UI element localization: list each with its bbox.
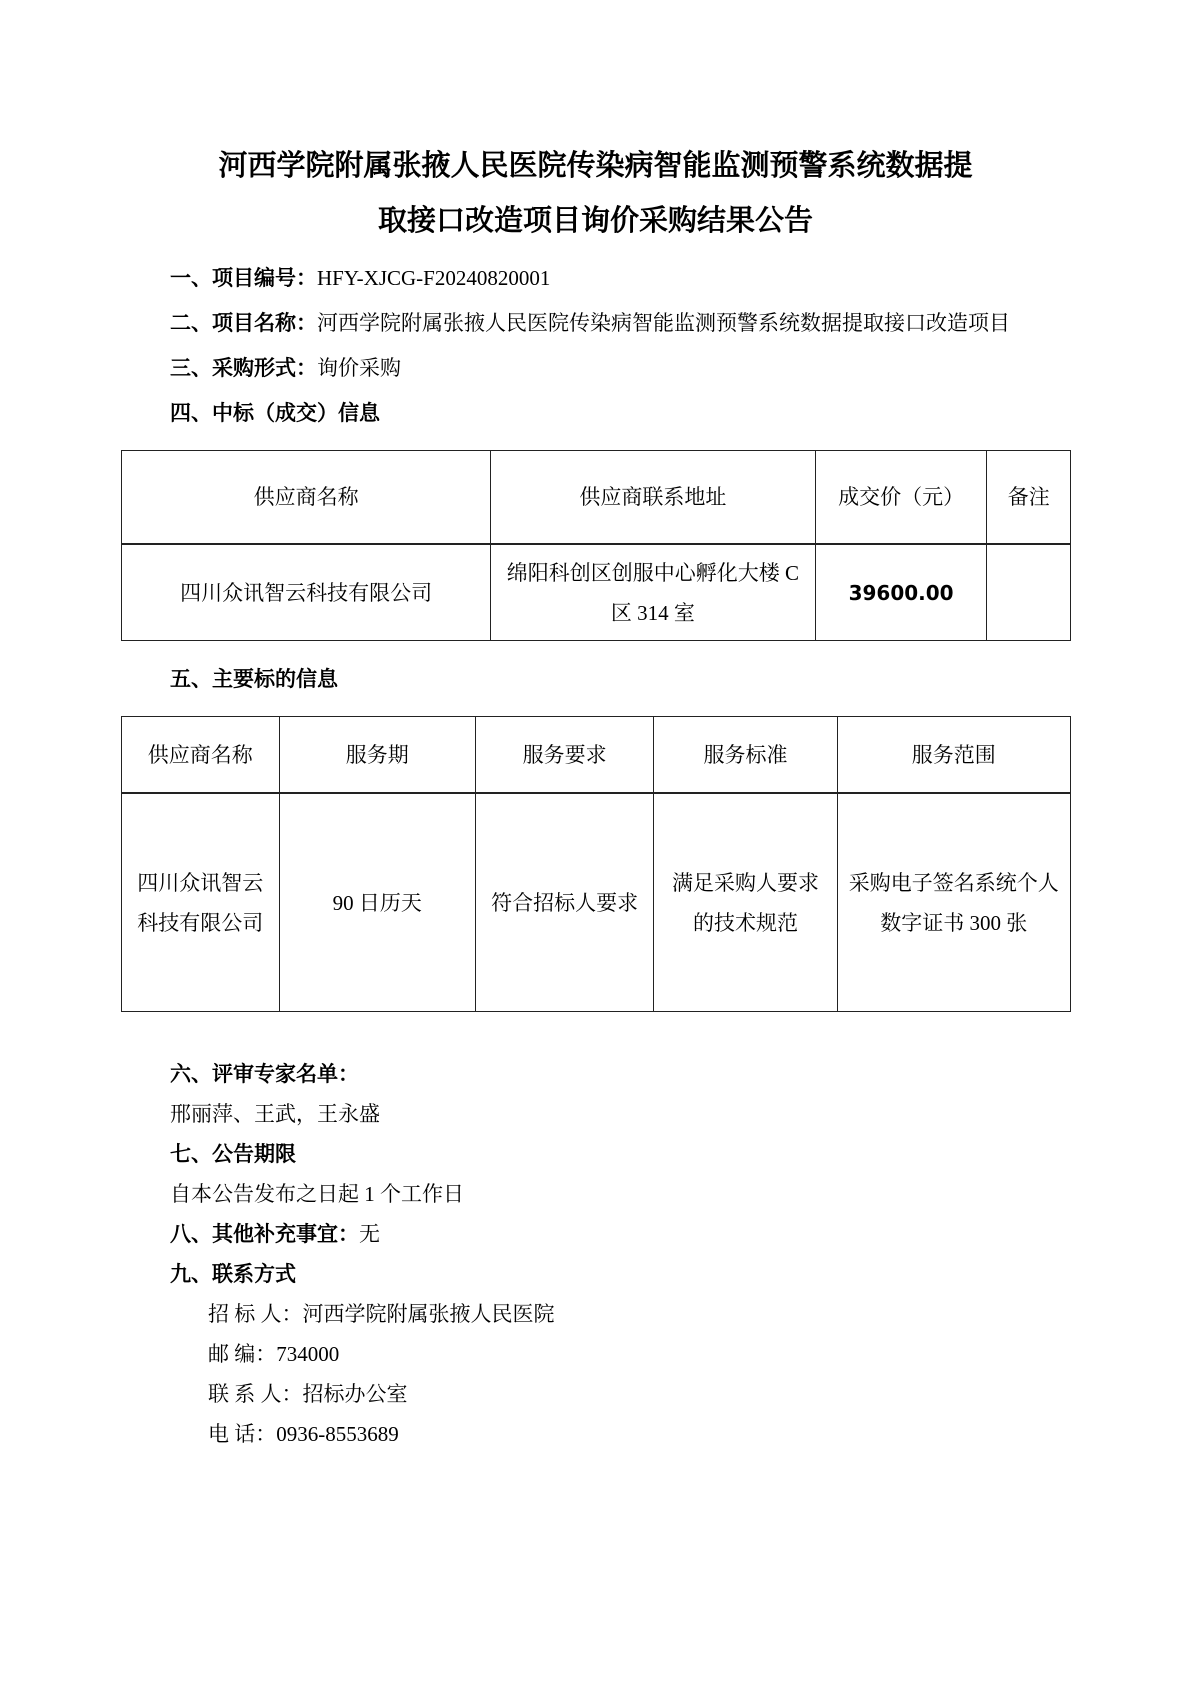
contact-lines: 招 标 人：河西学院附属张掖人民医院 邮 编：734000 联 系 人：招标办公…	[208, 1294, 1021, 1454]
contact-phone-value: 0936-8553689	[276, 1422, 399, 1446]
contact-person-label: 联 系 人：	[208, 1382, 303, 1406]
award-info-table: 供应商名称 供应商联系地址 成交价（元） 备注 四川众讯智云科技有限公司 绵阳科…	[121, 450, 1071, 641]
subject-cell-service-requirement: 符合招标人要求	[475, 793, 653, 1012]
subject-header-service-period: 服务期	[279, 717, 475, 794]
contact-postcode-value: 734000	[276, 1342, 339, 1366]
award-cell-deal-price: 39600.00	[815, 544, 987, 641]
project-name-label: 二、项目名称：	[170, 311, 317, 335]
document-page: 河西学院附属张掖人民医院传染病智能监测预警系统数据提 取接口改造项目询价采购结果…	[0, 0, 1191, 1684]
contact-line-postcode: 邮 编：734000	[208, 1334, 1021, 1374]
intro-sections: 一、项目编号：HFY-XJCG-F20240820001 二、项目名称：河西学院…	[170, 256, 1021, 436]
award-header-deal-price: 成交价（元）	[815, 451, 987, 545]
subject-header-service-standard: 服务标准	[654, 717, 837, 794]
project-name-line: 二、项目名称：河西学院附属张掖人民医院传染病智能监测预警系统数据提取接口改造项目	[170, 301, 1021, 346]
subject-info-section: 五、主要标的信息	[170, 657, 1021, 702]
procurement-form-line: 三、采购形式：询价采购	[170, 346, 1021, 391]
contact-phone-label: 电 话：	[208, 1422, 276, 1446]
award-table-header-row: 供应商名称 供应商联系地址 成交价（元） 备注	[122, 451, 1071, 545]
award-cell-supplier-name: 四川众讯智云科技有限公司	[122, 544, 491, 641]
title-line-1: 河西学院附属张掖人民医院传染病智能监测预警系统数据提	[0, 138, 1191, 193]
announcement-period-text: 自本公告发布之日起 1 个工作日	[170, 1174, 1021, 1214]
award-table-row: 四川众讯智云科技有限公司 绵阳科创区创服中心孵化大楼 C 区 314 室 396…	[122, 544, 1071, 641]
project-name-value: 河西学院附属张掖人民医院传染病智能监测预警系统数据提取接口改造项目	[317, 311, 1010, 335]
procurement-form-label: 三、采购形式：	[170, 356, 317, 380]
subject-table-header-row: 供应商名称 服务期 服务要求 服务标准 服务范围	[122, 717, 1071, 794]
award-cell-supplier-address: 绵阳科创区创服中心孵化大楼 C 区 314 室	[491, 544, 816, 641]
title-line-2: 取接口改造项目询价采购结果公告	[0, 193, 1191, 248]
procurement-form-value: 询价采购	[317, 356, 401, 380]
subject-header-service-scope: 服务范围	[837, 717, 1070, 794]
award-header-supplier-address: 供应商联系地址	[491, 451, 816, 545]
announcement-period-heading: 七、公告期限	[170, 1134, 1021, 1174]
other-matters-label: 八、其他补充事宜：	[170, 1222, 359, 1246]
contact-line-person: 联 系 人：招标办公室	[208, 1374, 1021, 1414]
contact-postcode-label: 邮 编：	[208, 1342, 276, 1366]
document-title: 河西学院附属张掖人民医院传染病智能监测预警系统数据提 取接口改造项目询价采购结果…	[0, 0, 1191, 248]
subject-table-row: 四川众讯智云科技有限公司 90 日历天 符合招标人要求 满足采购人要求的技术规范…	[122, 793, 1071, 1012]
contact-bidder-label: 招 标 人：	[208, 1302, 303, 1326]
project-number-label: 一、项目编号：	[170, 266, 317, 290]
experts-names: 邢丽萍、王武，王永盛	[170, 1094, 1021, 1134]
subject-header-service-requirement: 服务要求	[475, 717, 653, 794]
contact-bidder-value: 河西学院附属张掖人民医院	[303, 1302, 555, 1326]
subject-cell-service-scope: 采购电子签名系统个人数字证书 300 张	[837, 793, 1070, 1012]
award-header-supplier-name: 供应商名称	[122, 451, 491, 545]
award-cell-remark	[987, 544, 1071, 641]
subject-info-table: 供应商名称 服务期 服务要求 服务标准 服务范围 四川众讯智云科技有限公司 90…	[121, 716, 1071, 1012]
contact-person-value: 招标办公室	[303, 1382, 408, 1406]
other-matters-value: 无	[359, 1222, 380, 1246]
subject-cell-service-standard: 满足采购人要求的技术规范	[654, 793, 837, 1012]
other-matters-line: 八、其他补充事宜：无	[170, 1214, 1021, 1254]
subject-header-supplier-name: 供应商名称	[122, 717, 280, 794]
contact-line-phone: 电 话：0936-8553689	[208, 1414, 1021, 1454]
contact-line-bidder: 招 标 人：河西学院附属张掖人民医院	[208, 1294, 1021, 1334]
subject-cell-supplier-name: 四川众讯智云科技有限公司	[122, 793, 280, 1012]
project-number-value: HFY-XJCG-F20240820001	[317, 266, 550, 290]
subject-cell-service-period: 90 日历天	[279, 793, 475, 1012]
subject-info-heading: 五、主要标的信息	[170, 657, 1021, 702]
contact-heading: 九、联系方式	[170, 1254, 1021, 1294]
award-info-heading: 四、中标（成交）信息	[170, 391, 1021, 436]
tail-sections: 六、评审专家名单： 邢丽萍、王武，王永盛 七、公告期限 自本公告发布之日起 1 …	[170, 1054, 1021, 1454]
project-number-line: 一、项目编号：HFY-XJCG-F20240820001	[170, 256, 1021, 301]
experts-heading: 六、评审专家名单：	[170, 1054, 1021, 1094]
award-header-remark: 备注	[987, 451, 1071, 545]
